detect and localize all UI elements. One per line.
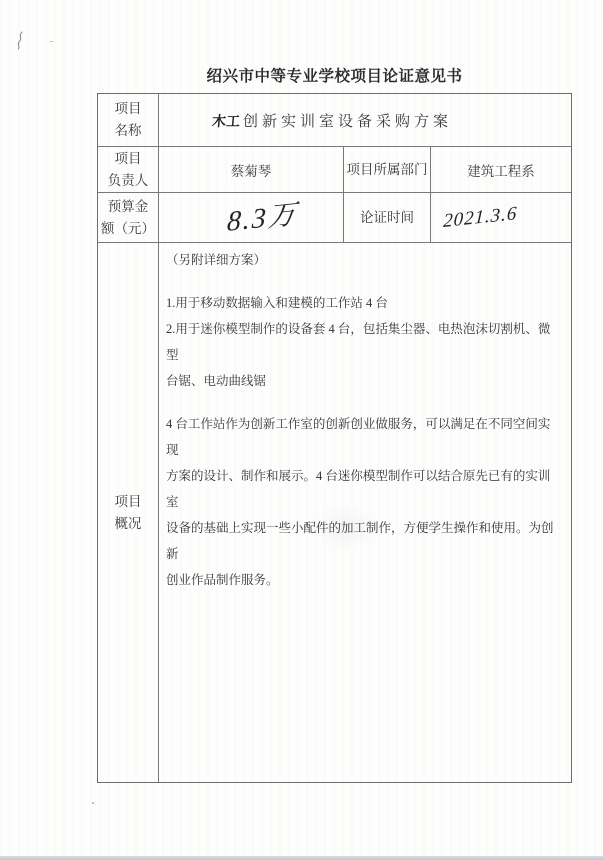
department-label: 项目所属部门 xyxy=(347,159,428,181)
project-name-label-line1: 项目 xyxy=(115,98,142,120)
budget-label-line2: 额（元） xyxy=(101,218,155,240)
time-label: 论证时间 xyxy=(360,207,414,229)
department-label-cell: 项目所属部门 xyxy=(344,147,431,193)
project-name-label-cell: 项目 名称 xyxy=(98,94,159,147)
overview-list-line: 1.用于移动数据输入和建模的工作站 4 台 xyxy=(166,290,561,316)
department-value-cell: 建筑工程系 xyxy=(431,147,571,193)
project-name-value-cell: 木工 创新实训室设备采购方案 xyxy=(159,94,571,147)
leader-name: 蔡菊琴 xyxy=(231,160,272,180)
handwritten-budget-amount: 8.3万 xyxy=(227,192,300,240)
leader-label-line2: 负责人 xyxy=(108,170,149,192)
budget-value-cell: 8.3万 xyxy=(159,193,344,243)
time-value-cell: 2021.3.6 xyxy=(431,193,571,243)
overview-list-line: 2.用于迷你模型制作的设备套 4 台，包括集尘器、电热泡沫切割机、微型 xyxy=(166,316,561,368)
overview-label-line1: 项目 xyxy=(115,491,142,513)
department-name: 建筑工程系 xyxy=(467,160,535,180)
overview-description-paragraph: 4 台工作站作为创新工作室的创新创业做服务，可以满足在不同空间实现 方案的设计、… xyxy=(166,411,561,593)
leader-value-cell: 蔡菊琴 xyxy=(159,147,344,193)
pen-mark-artifact xyxy=(15,31,27,51)
overview-equipment-list: 1.用于移动数据输入和建模的工作站 4 台 2.用于迷你模型制作的设备套 4 台… xyxy=(166,290,561,394)
project-form-table: 项目 名称 木工 创新实训室设备采购方案 项目 负责人 蔡菊琴 项目所属部门 建… xyxy=(97,93,572,783)
overview-label-line2: 概况 xyxy=(115,513,142,535)
leader-label-line1: 项目 xyxy=(115,148,142,170)
time-label-cell: 论证时间 xyxy=(344,193,431,243)
scan-speck xyxy=(92,802,94,804)
document-title: 绍兴市中等专业学校项目论证意见书 xyxy=(97,64,572,86)
budget-label-cell: 预算金 额（元） xyxy=(98,193,159,243)
overview-list-line: 台锯、电动曲线锯 xyxy=(166,368,561,394)
budget-label-line1: 预算金 xyxy=(108,196,149,218)
project-name-value: 木工 创新实训室设备采购方案 xyxy=(212,110,452,131)
overview-paragraph-line: 4 台工作站作为创新工作室的创新创业做服务，可以满足在不同空间实现 xyxy=(166,411,561,463)
handwritten-project-prefix: 木工 xyxy=(211,111,241,131)
leader-label-cell: 项目 负责人 xyxy=(98,147,159,193)
overview-paragraph-line: 创业作品制作服务。 xyxy=(166,567,561,593)
ink-bleed-artifact xyxy=(310,505,380,550)
handwritten-demonstration-date: 2021.3.6 xyxy=(443,202,518,232)
project-name-printed-text: 创新实训室设备采购方案 xyxy=(243,110,452,131)
overview-note: （另附详细方案） xyxy=(166,247,561,273)
scanned-document-page: 绍兴市中等专业学校项目论证意见书 项目 名称 木工 创新实训室设备采购方案 项目… xyxy=(0,0,603,860)
scan-speck xyxy=(50,41,53,42)
scan-edge-band xyxy=(0,856,603,860)
overview-label-cell: 项目 概况 xyxy=(98,243,159,782)
project-name-label-line2: 名称 xyxy=(115,120,142,142)
